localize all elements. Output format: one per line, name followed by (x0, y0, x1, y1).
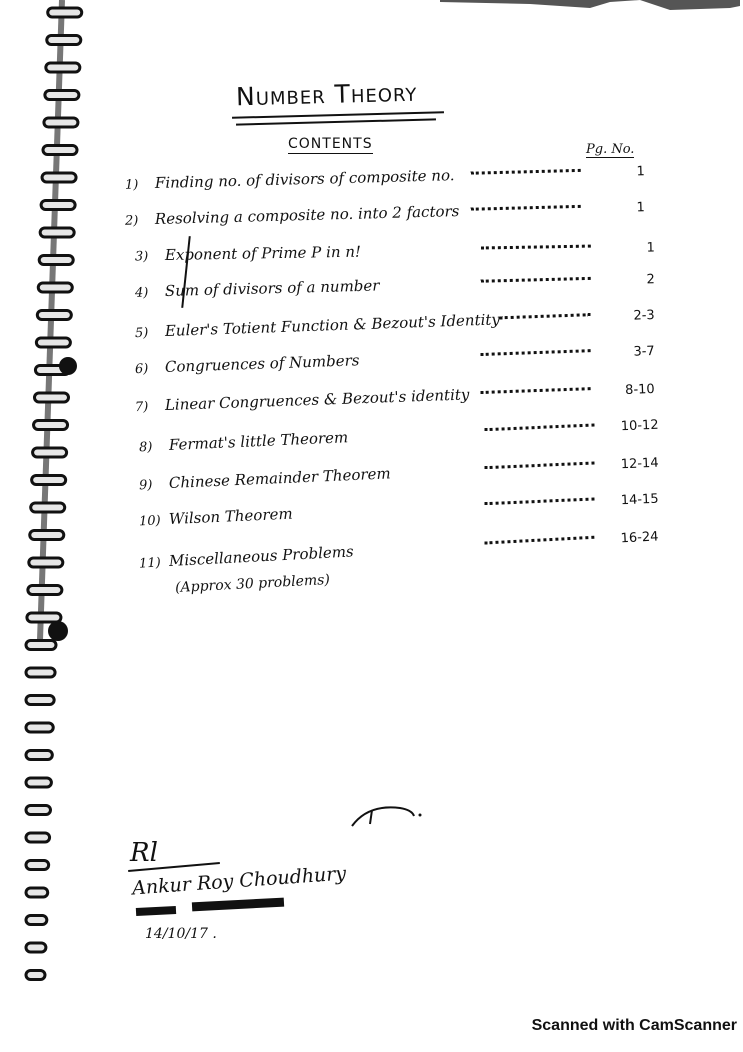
toc-entry-number: 2) (125, 213, 155, 229)
check-mark (350, 800, 430, 830)
spiral-binding (0, 0, 90, 1000)
toc-entry-label: Resolving a composite no. into 2 factors (155, 202, 460, 228)
toc-entry-number: 4) (135, 285, 165, 301)
toc-entry-number: 3) (135, 249, 165, 265)
leader-dots (481, 387, 591, 394)
toc-entry-page: 1 (593, 164, 645, 180)
toc-entry-number: 10) (139, 513, 170, 529)
signature-date: 14/10/17 . (145, 926, 217, 942)
toc-entry-label: Exponent of Prime P in n! (165, 243, 361, 264)
page-number-heading: Pg. No. (586, 142, 634, 158)
toc-entry-page: 1 (603, 240, 655, 256)
toc-entry-page: 1 (593, 200, 645, 216)
title-underline (236, 118, 436, 125)
leader-dots (471, 169, 581, 175)
title-underline (232, 111, 444, 119)
toc-entry-number: 1) (125, 177, 155, 193)
toc-entry-label: Chinese Remainder Theorem (169, 464, 391, 492)
toc-entry-page: 8-10 (602, 382, 654, 399)
toc-entry-label: Miscellaneous Problems (169, 542, 355, 570)
toc-entry-page: 2 (603, 272, 655, 288)
toc-entry-number: 7) (135, 399, 166, 415)
leader-dots (484, 536, 594, 545)
toc-entry: 2)Resolving a composite no. into 2 facto… (125, 197, 646, 241)
redaction-mark (192, 898, 284, 912)
toc-entry-label: Linear Congruences & Bezout's identity (165, 385, 470, 414)
leader-dots (485, 497, 595, 505)
page-title: Number Theory (236, 78, 418, 112)
toc-entry-number: 6) (135, 361, 166, 377)
toc-entry-label: Wilson Theorem (169, 505, 293, 528)
redaction-mark (136, 906, 176, 916)
toc-entry-number: 5) (135, 325, 166, 341)
toc-entry-number: 8) (139, 439, 170, 455)
leader-dots (485, 423, 595, 431)
toc-entry-page: 12-14 (606, 456, 659, 473)
leader-dots (471, 205, 581, 211)
leader-dots (481, 277, 591, 283)
toc-entry-label: Euler's Totient Function & Bezout's Iden… (165, 310, 501, 340)
leader-dots (481, 349, 591, 356)
leader-dots (485, 461, 595, 469)
signature-initials: Rl (130, 838, 158, 868)
toc-entry-page: 2-3 (602, 308, 654, 325)
contents-heading: CONTENTS (288, 136, 373, 154)
camscanner-watermark: Scanned with CamScanner (532, 1017, 737, 1035)
page-top-edge-shadow (440, 0, 740, 18)
toc-entry-number: 9) (139, 477, 170, 493)
toc-entry-page: 3-7 (602, 344, 654, 361)
toc-entry-number: 11) (139, 555, 170, 572)
toc-entry-label: Finding no. of divisors of composite no. (155, 166, 455, 192)
leader-dots (500, 313, 591, 319)
toc-entry-page: 10-12 (606, 418, 659, 435)
toc-entry-page: 14-15 (606, 492, 659, 509)
leader-dots (481, 245, 591, 250)
toc-entry-label: Congruences of Numbers (165, 351, 360, 376)
toc-entry-label: Sum of divisors of a number (165, 276, 380, 300)
toc-entry: 4)Sum of divisors of a number2 (135, 269, 656, 313)
toc-entry-label: Fermat's little Theorem (169, 428, 349, 454)
toc-entry-page: 16-24 (606, 529, 659, 547)
